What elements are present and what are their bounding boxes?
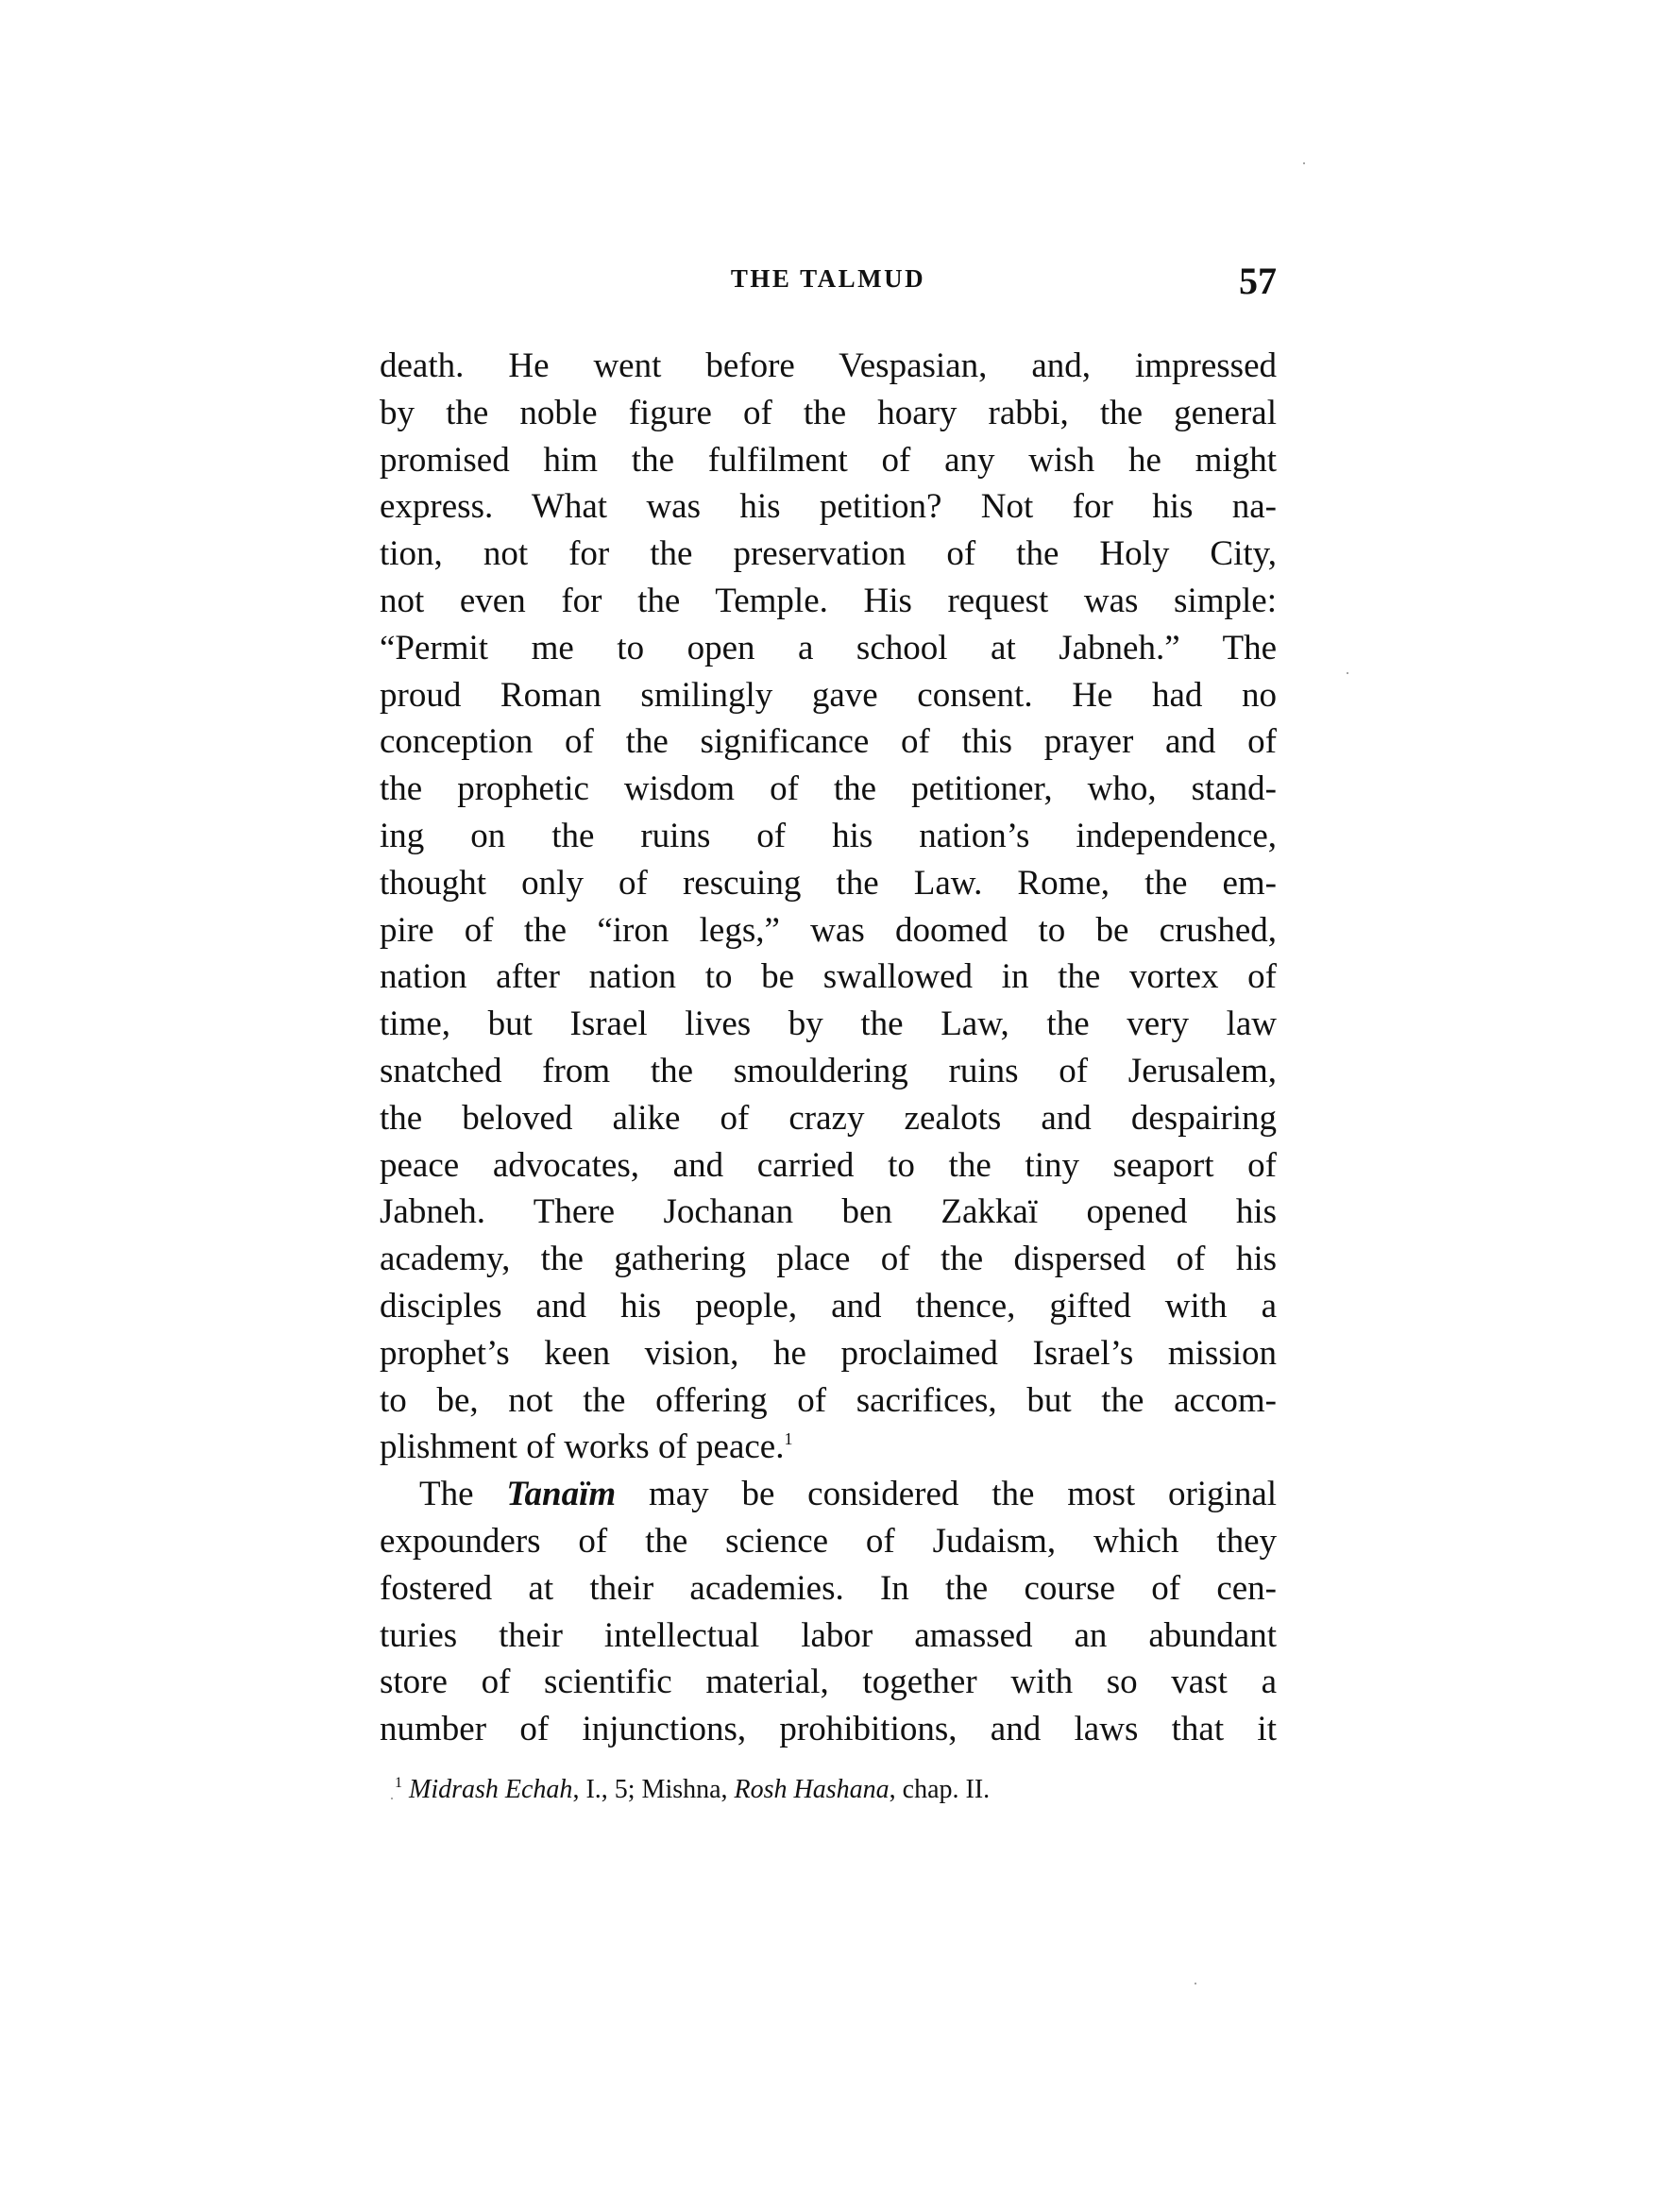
scan-speck: [391, 1798, 393, 1799]
text-line: by the noble figure of the hoary rabbi, …: [380, 390, 1277, 437]
text-line: proud Roman smilingly gave consent. He h…: [380, 672, 1277, 719]
text-line: number of injunctions, prohibitions, and…: [380, 1706, 1277, 1753]
footnote-marker: 1: [395, 1775, 402, 1791]
scan-speck: [1195, 1983, 1196, 1984]
text-line: plishment of works of peace.1: [380, 1424, 1277, 1471]
footnote: 1 Midrash Echah, I., 5; Mishna, Rosh Has…: [395, 1775, 1263, 1805]
page-number: 57: [1239, 259, 1277, 303]
text-line: “Permit me to open a school at Jabneh.” …: [380, 625, 1277, 672]
text-line: academy, the gathering place of the disp…: [380, 1236, 1277, 1283]
paragraph-1: death. He went before Vespasian, and, im…: [380, 343, 1277, 1471]
text-line: not even for the Temple. His request was…: [380, 578, 1277, 625]
text-line: The Tanaïm may be considered the most or…: [380, 1471, 1277, 1518]
text-line: thought only of rescuing the Law. Rome, …: [380, 860, 1277, 907]
text-line: tion, not for the preservation of the Ho…: [380, 531, 1277, 578]
text-line: ing on the ruins of his nation’s indepen…: [380, 813, 1277, 860]
text-line: snatched from the smouldering ruins of J…: [380, 1048, 1277, 1095]
text-line: nation after nation to be swallowed in t…: [380, 954, 1277, 1001]
footnote-reference[interactable]: 1: [784, 1429, 792, 1448]
running-header: THE TALMUD 57: [380, 259, 1277, 302]
text-line: express. What was his petition? Not for …: [380, 483, 1277, 531]
text-line: disciples and his people, and thence, gi…: [380, 1283, 1277, 1330]
text-line: expounders of the science of Judaism, wh…: [380, 1518, 1277, 1565]
footnote-title-2: Rosh Hashana: [735, 1775, 890, 1804]
text-line: to be, not the offering of sacrifices, b…: [380, 1377, 1277, 1425]
footnote-ref-2: , chap. II.: [890, 1775, 991, 1804]
scan-speck: [1303, 162, 1305, 164]
text-line: store of scientific material, together w…: [380, 1659, 1277, 1706]
text-line: pire of the “iron legs,” was doomed to b…: [380, 907, 1277, 954]
text-line: promised him the fulfilment of any wish …: [380, 437, 1277, 484]
line-text: The: [419, 1475, 474, 1513]
footnote-title-1: Midrash Echah: [409, 1775, 572, 1804]
text-line: prophet’s keen vision, he proclaimed Isr…: [380, 1330, 1277, 1377]
text-line: the prophetic wisdom of the petitioner, …: [380, 766, 1277, 813]
text-line: death. He went before Vespasian, and, im…: [380, 343, 1277, 390]
footnote-ref-1: , I., 5; Mishna,: [572, 1775, 734, 1804]
text-line: turies their intellectual labor amassed …: [380, 1613, 1277, 1660]
text-line: fostered at their academies. In the cour…: [380, 1565, 1277, 1613]
line-text: may be considered the most original: [649, 1475, 1277, 1513]
italic-term: Tanaïm: [506, 1475, 616, 1513]
paragraph-2: The Tanaïm may be considered the most or…: [380, 1471, 1277, 1753]
text-line: the beloved alike of crazy zealots and d…: [380, 1095, 1277, 1142]
body-text: death. He went before Vespasian, and, im…: [380, 343, 1277, 1753]
text-line: Jabneh. There Jochanan ben Zakkaï opened…: [380, 1189, 1277, 1236]
scan-speck: [1347, 672, 1348, 674]
text-line: conception of the significance of this p…: [380, 718, 1277, 766]
text-line: peace advocates, and carried to the tiny…: [380, 1142, 1277, 1190]
line-text: plishment of works of peace.: [380, 1427, 784, 1466]
book-page: THE TALMUD 57 death. He went before Vesp…: [0, 0, 1661, 2212]
text-line: time, but Israel lives by the Law, the v…: [380, 1001, 1277, 1048]
running-title: THE TALMUD: [380, 264, 1277, 294]
